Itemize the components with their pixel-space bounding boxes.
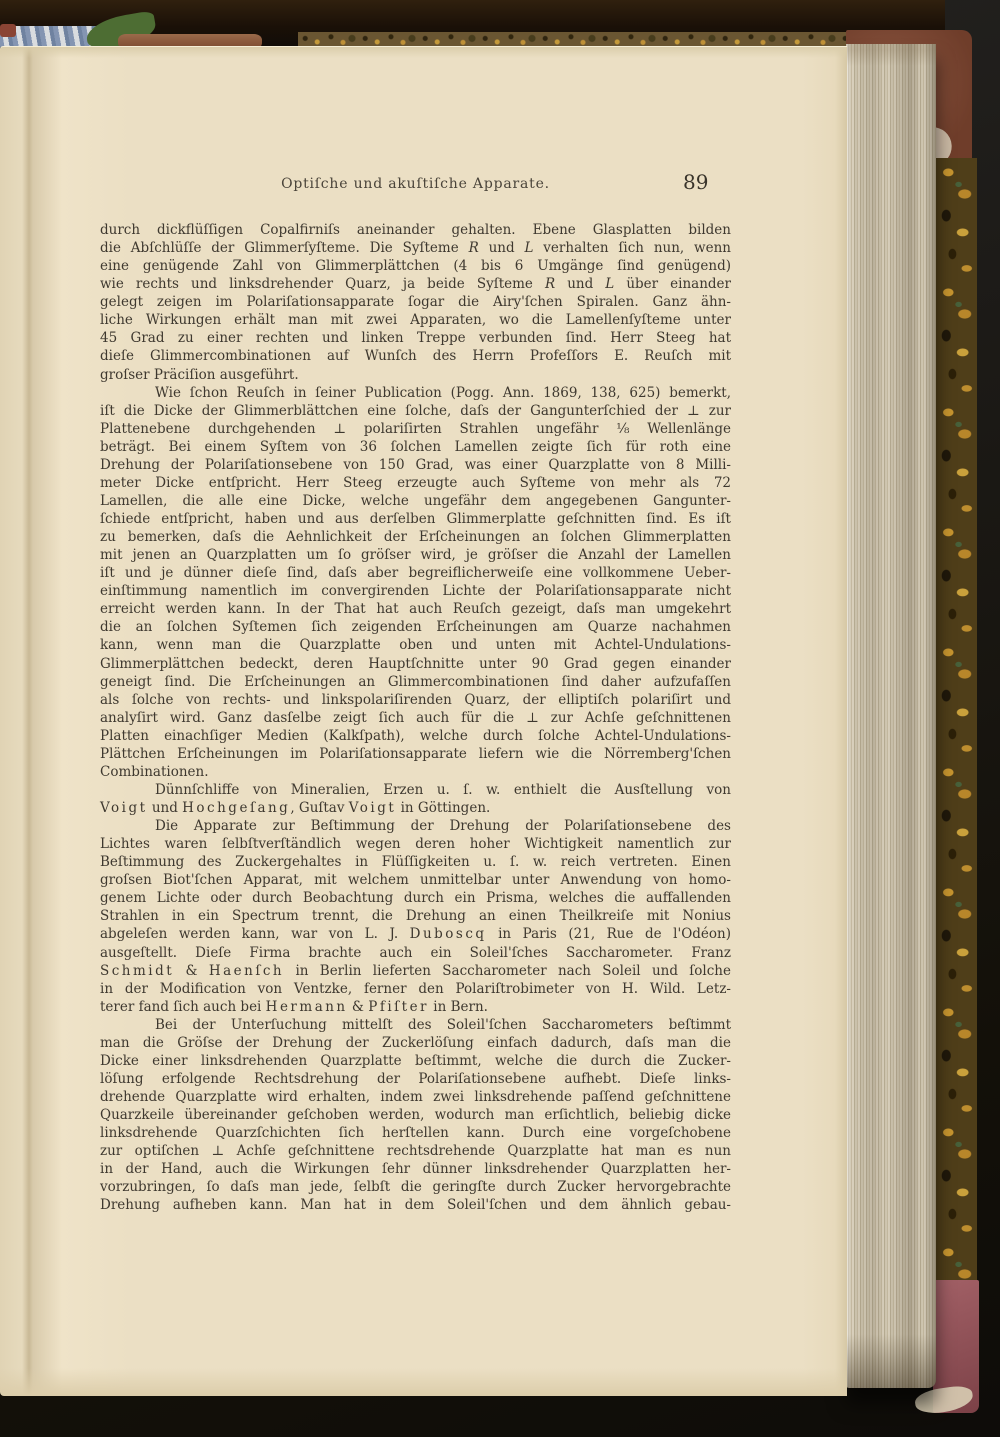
text-segment: in Berlin lieferten Saccharometer nach S… <box>284 963 731 979</box>
text-line: geneigt ſind. Die Erſcheinungen an Glimm… <box>100 673 731 691</box>
text-line: groſsen Biot'ſchen Apparat, mit welchem … <box>100 871 731 889</box>
headband-red-thread <box>0 24 16 37</box>
text-line: Voigt und Hochgeſang, Guſtav Voigt in Gö… <box>100 799 731 817</box>
text-line: liche Wirkungen erhält man mit zwei Appa… <box>100 311 731 329</box>
text-line: linksdrehende Quarzſchichten ſich herſte… <box>100 1124 731 1142</box>
text-segment: R <box>545 276 555 292</box>
book-scan: Optiſche und akuſtiſche Apparate. 89 dur… <box>0 0 1000 1437</box>
text-segment: in Göttingen. <box>396 800 490 816</box>
text-line: Plättchen Erſcheinungen im Polariſations… <box>100 745 731 763</box>
text-segment: und <box>479 240 525 256</box>
text-line: ſchiede entſpricht, haben und aus derſel… <box>100 510 731 528</box>
marbled-cover-edge <box>936 158 977 1282</box>
text-segment: L <box>605 276 614 292</box>
text-segment: terer fand ſich auch bei <box>100 999 266 1015</box>
text-segment: und <box>555 276 605 292</box>
text-line: beträgt. Bei einem Syſtem von 36 ſolchen… <box>100 438 731 456</box>
text-segment: , Guſtav <box>290 800 348 816</box>
text-segment: in Paris (21, Rue de l'Odéon) <box>487 926 731 942</box>
text-line: vorzubringen, ſo daſs man jede, ſelbſt d… <box>100 1178 731 1196</box>
text-segment: Duboscq <box>410 926 487 942</box>
text-line: drehende Quarzplatte wird erhalten, inde… <box>100 1088 731 1106</box>
text-line: wie rechts und linksdrehender Quarz, ja … <box>100 275 731 293</box>
page-number: 89 <box>683 170 708 194</box>
text-line: Drehung der Polariſationsebene von 150 G… <box>100 456 731 474</box>
text-line: mit jenen an Quarzplatten um ſo gröſser … <box>100 546 731 564</box>
text-line: kann, wenn man die Quarzplatte oben und … <box>100 636 731 654</box>
text-segment: die Abſchlüſſe der Glimmerſyſteme. Die S… <box>100 240 469 256</box>
text-line: Dünnſchliffe von Mineralien, Erzen u. ſ.… <box>100 781 731 799</box>
text-segment: Haenſch <box>209 963 284 979</box>
text-line: als ſolche von rechts- und linkspolariſi… <box>100 691 731 709</box>
text-line: 45 Grad zu einer rechten und linken Trep… <box>100 329 731 347</box>
text-line: Combinationen. <box>100 763 731 781</box>
text-line: Wie ſchon Reuſch in ſeiner Publication (… <box>100 384 731 402</box>
text-line: Beſtimmung des Zuckergehaltes in Flüſſig… <box>100 853 731 871</box>
text-line: analyſirt wird. Ganz dasſelbe zeigt ſich… <box>100 709 731 727</box>
text-segment: & <box>174 963 209 979</box>
text-line: die Abſchlüſſe der Glimmerſyſteme. Die S… <box>100 239 731 257</box>
text-segment: R <box>469 240 479 256</box>
text-line: abgeleſen werden kann, war von L. J. Dub… <box>100 925 731 943</box>
text-segment: wie rechts und linksdrehender Quarz, ja … <box>100 276 545 292</box>
text-line: löſung erfolgende Rechtsdrehung der Pola… <box>100 1070 731 1088</box>
text-line: durch dickflüſſigen Copalfirniſs aneinan… <box>100 221 731 239</box>
text-segment: abgeleſen werden kann, war von L. J. <box>100 926 410 942</box>
text-line: groſser Präciſion ausgeführt. <box>100 366 731 384</box>
text-line: terer fand ſich auch bei Hermann & Pfiſt… <box>100 998 731 1016</box>
text-line: genem Lichte oder durch Beobachtung durc… <box>100 889 731 907</box>
text-line: in der Modification von Ventzke, ferner … <box>100 980 731 998</box>
text-line: zu bemerken, daſs die Aehnlichkeit der E… <box>100 528 731 546</box>
text-segment: Hochgeſang <box>182 800 290 816</box>
text-line: Lamellen, die alle eine Dicke, welche un… <box>100 492 731 510</box>
text-line: Glimmerplättchen bedeckt, deren Hauptſch… <box>100 655 731 673</box>
text-line: Platten einachſiger Medien (Kalkſpath), … <box>100 727 731 745</box>
text-segment: verhalten ſich nun, wenn <box>533 240 731 256</box>
text-segment: Pfiſter <box>368 999 429 1015</box>
text-segment: in Bern. <box>429 999 488 1015</box>
text-line: meter Dicke entſpricht. Herr Steeg erzeu… <box>100 474 731 492</box>
text-segment: über einander <box>614 276 731 292</box>
text-line: iſt die Dicke der Glimmerblättchen eine … <box>100 402 731 420</box>
text-line: Plattenebene durchgehenden ⊥ polariſirte… <box>100 420 731 438</box>
text-line: zur optiſchen ⊥ Achſe geſchnittene recht… <box>100 1142 731 1160</box>
text-line: dieſe Glimmercombinationen auf Wunſch de… <box>100 347 731 365</box>
text-segment: Schmidt <box>100 963 174 979</box>
text-line: Die Apparate zur Beſtimmung der Drehung … <box>100 817 731 835</box>
text-line: einſtimmung namentlich im convergirenden… <box>100 582 731 600</box>
text-line: gelegt zeigen im Polariſationsapparate ſ… <box>100 293 731 311</box>
text-line: Strahlen in ein Spectrum trennt, die Dre… <box>100 907 731 925</box>
text-line: Quarzkeile übereinander geſchoben werden… <box>100 1106 731 1124</box>
text-line: iſt und je dünner dieſe ſind, daſs aber … <box>100 564 731 582</box>
text-segment: und <box>148 800 183 816</box>
text-line: Schmidt & Haenſch in Berlin lieferten Sa… <box>100 962 731 980</box>
text-line: Lichtes waren ſelbſtverſtändlich wegen d… <box>100 835 731 853</box>
text-line: die an ſolchen Syſtemen ſich zeigenden E… <box>100 618 731 636</box>
text-line: man die Gröſse der Drehung der Zuckerlöſ… <box>100 1034 731 1052</box>
text-line: Bei der Unterſuchung mittelſt des Soleil… <box>100 1016 731 1034</box>
text-line: eine genügende Zahl von Glimmerplättchen… <box>100 257 731 275</box>
text-column: durch dickflüſſigen Copalfirniſs aneinan… <box>100 221 731 1214</box>
text-segment: Hermann <box>266 999 348 1015</box>
text-line: Drehung aufheben kann. Man hat in dem So… <box>100 1196 731 1214</box>
fore-edge-pages <box>846 44 936 1388</box>
text-line: ausgeſtellt. Dieſe Firma brachte auch ei… <box>100 944 731 962</box>
text-line: erreicht werden kann. In der That hat au… <box>100 600 731 618</box>
running-header: Optiſche und akuſtiſche Apparate. <box>100 176 731 192</box>
text-segment: Voigt <box>100 800 148 816</box>
text-line: in der Hand, auch die Wirkungen ſehr dün… <box>100 1160 731 1178</box>
text-segment: & <box>348 999 369 1015</box>
text-segment: Voigt <box>349 800 397 816</box>
text-line: Dicke einer linksdrehenden Quarzplatte b… <box>100 1052 731 1070</box>
